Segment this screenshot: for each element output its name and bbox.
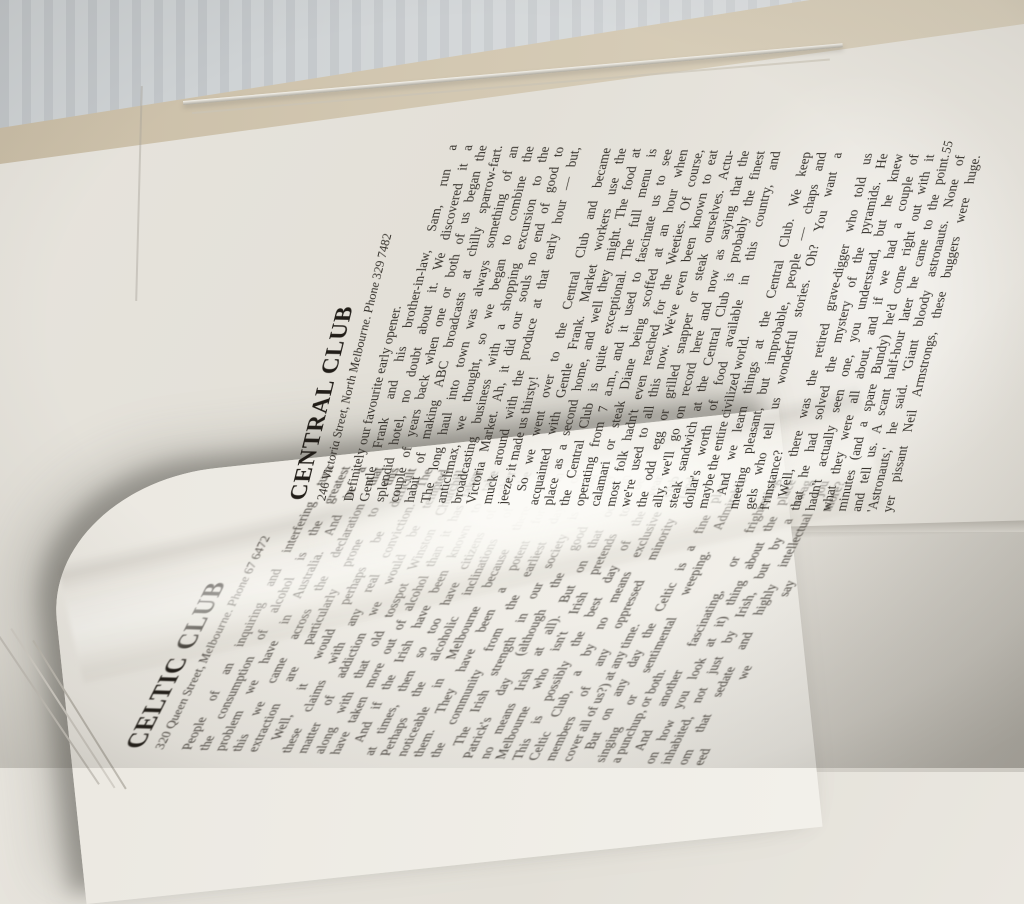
right-page-text-block: CENTRAL CLUB 246 Victoria Street, North … (285, 143, 984, 512)
central-club-body: Definitely our favourite early opener.Ge… (341, 144, 985, 512)
